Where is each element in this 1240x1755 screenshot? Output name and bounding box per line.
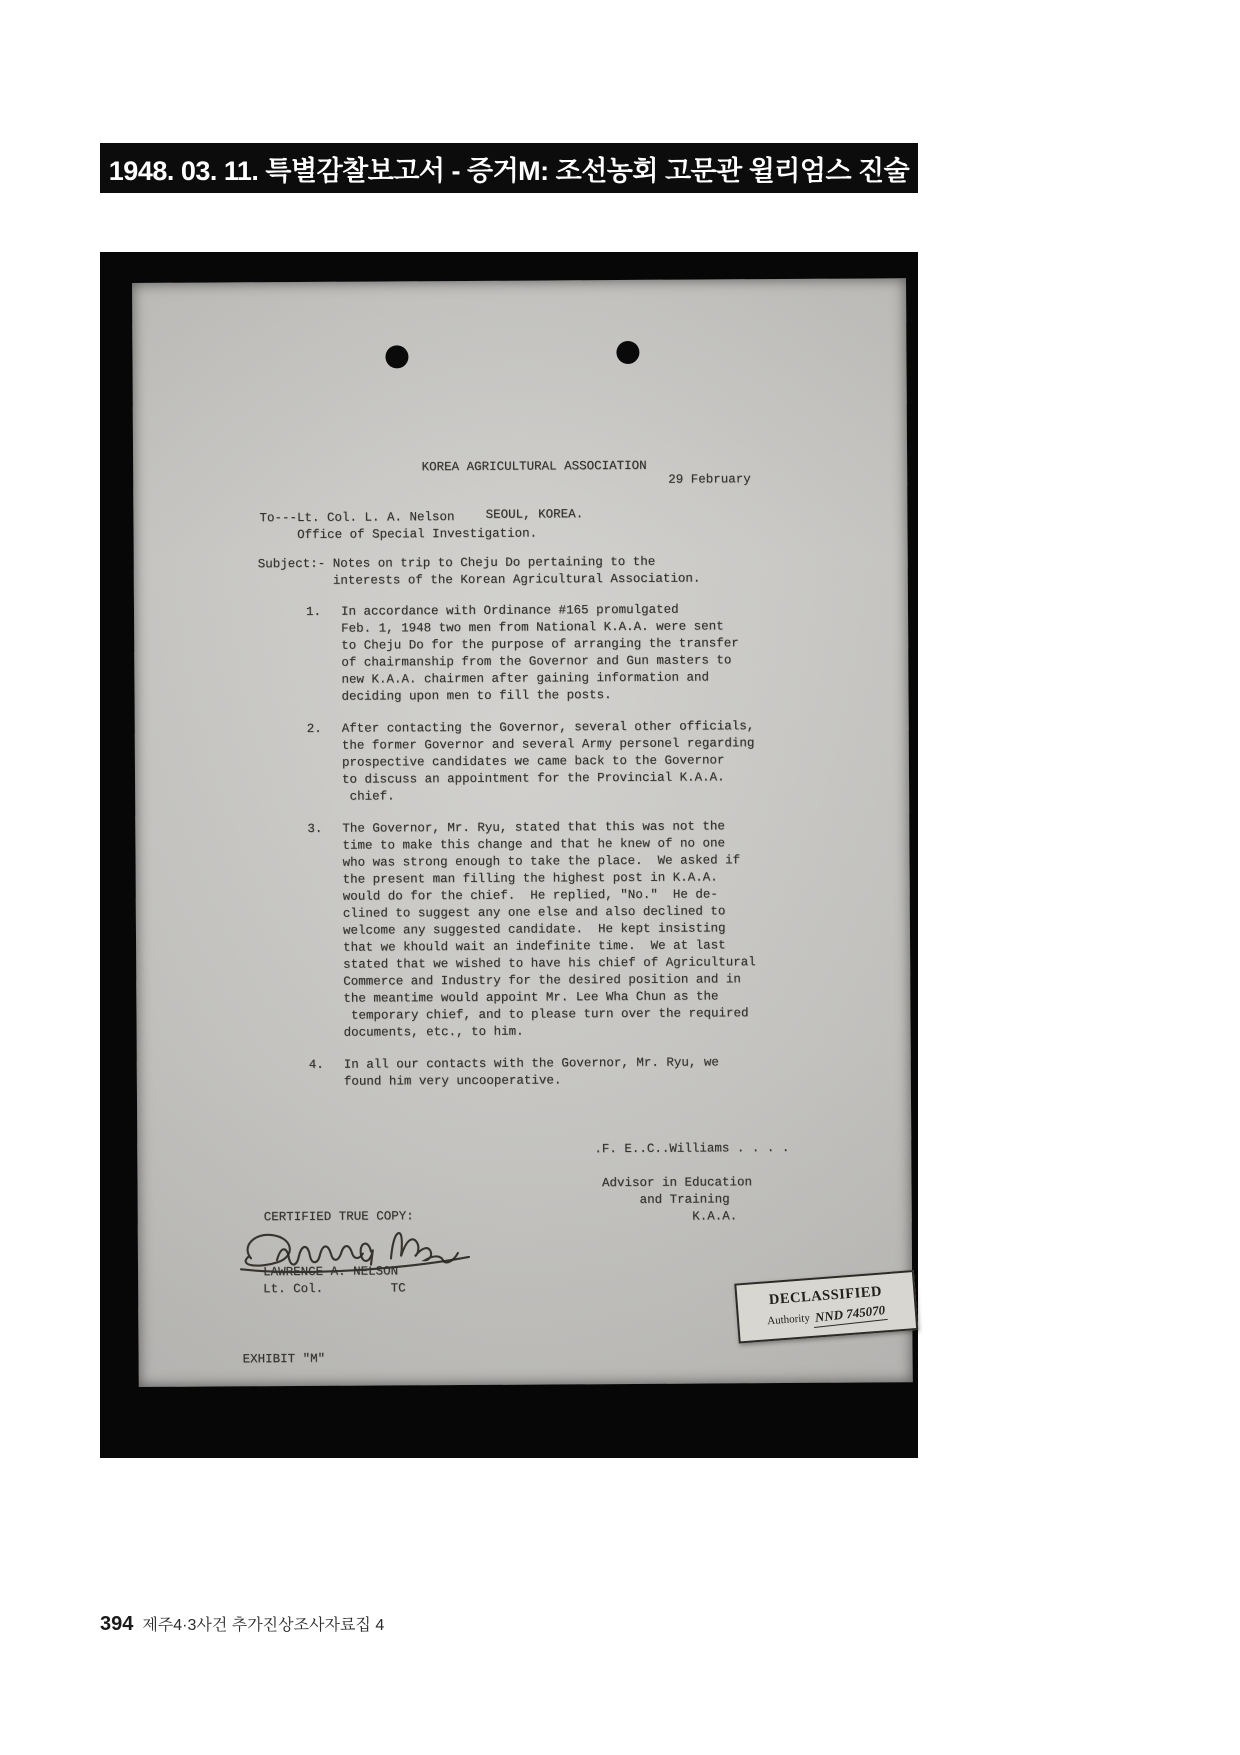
document-paper: KOREA AGRICULTURAL ASSOCIATION SEOUL, KO… xyxy=(132,278,913,1387)
paragraph-text: In accordance with Ordinance #165 promul… xyxy=(341,601,739,705)
paragraph-number: 2. xyxy=(307,721,343,806)
typed-name: LAWRENCE A. NELSON xyxy=(263,1263,398,1281)
title-bar: 1948. 03. 11. 특별감찰보고서 - 증거M: 조선농회 고문관 윌리… xyxy=(100,143,918,193)
paragraph-text: In all our contacts with the Governor, M… xyxy=(344,1054,719,1090)
scan-frame: KOREA AGRICULTURAL ASSOCIATION SEOUL, KO… xyxy=(100,252,918,1458)
typed-rank: Lt. Col. TC xyxy=(263,1280,406,1298)
date-line: 29 February xyxy=(668,471,751,489)
paragraph-text: After contacting the Governor, several o… xyxy=(342,718,755,806)
page-footer: 394 제주4·3사건 추가진상조사자료집 4 xyxy=(100,1612,384,1636)
stamp-authority-number: NND 745070 xyxy=(812,1302,888,1328)
paragraph-number: 3. xyxy=(307,821,343,1042)
page: 1948. 03. 11. 특별감찰보고서 - 증거M: 조선농회 고문관 윌리… xyxy=(0,0,1240,1755)
paragraph: 4.In all our contacts with the Governor,… xyxy=(309,1054,757,1091)
paragraph: 2.After contacting the Governor, several… xyxy=(307,718,755,806)
declassified-stamp: DECLASSIFIED Authority NND 745070 xyxy=(734,1270,918,1343)
paragraph-number: 1. xyxy=(306,604,342,706)
footer-book-title: 제주4·3사건 추가진상조사자료집 4 xyxy=(142,1612,384,1635)
signature-block-williams: .F. E..C..Williams . . . . Advisor in Ed… xyxy=(594,1140,790,1226)
letterhead-org: KOREA AGRICULTURAL ASSOCIATION xyxy=(147,456,921,477)
paragraph-list: 1.In accordance with Ordinance #165 prom… xyxy=(306,601,757,1106)
stamp-authority-label: Authority xyxy=(767,1312,811,1327)
paragraph: 1.In accordance with Ordinance #165 prom… xyxy=(306,601,754,706)
paragraph: 3.The Governor, Mr. Ryu, stated that thi… xyxy=(307,818,756,1042)
paragraph-text: The Governor, Mr. Ryu, stated that this … xyxy=(342,818,756,1042)
footer-page-number: 394 xyxy=(100,1613,133,1636)
page-title: 1948. 03. 11. 특별감찰보고서 - 증거M: 조선농회 고문관 윌리… xyxy=(109,149,909,188)
punch-hole-right-icon xyxy=(616,341,639,364)
exhibit-label: EXHIBIT "M" xyxy=(243,1351,326,1369)
punch-hole-left-icon xyxy=(385,345,408,368)
to-block: To---Lt. Col. L. A. Nelson Office of Spe… xyxy=(259,509,537,545)
paragraph-number: 4. xyxy=(309,1057,344,1091)
subject-block: Subject:- Notes on trip to Cheju Do pert… xyxy=(258,554,701,591)
